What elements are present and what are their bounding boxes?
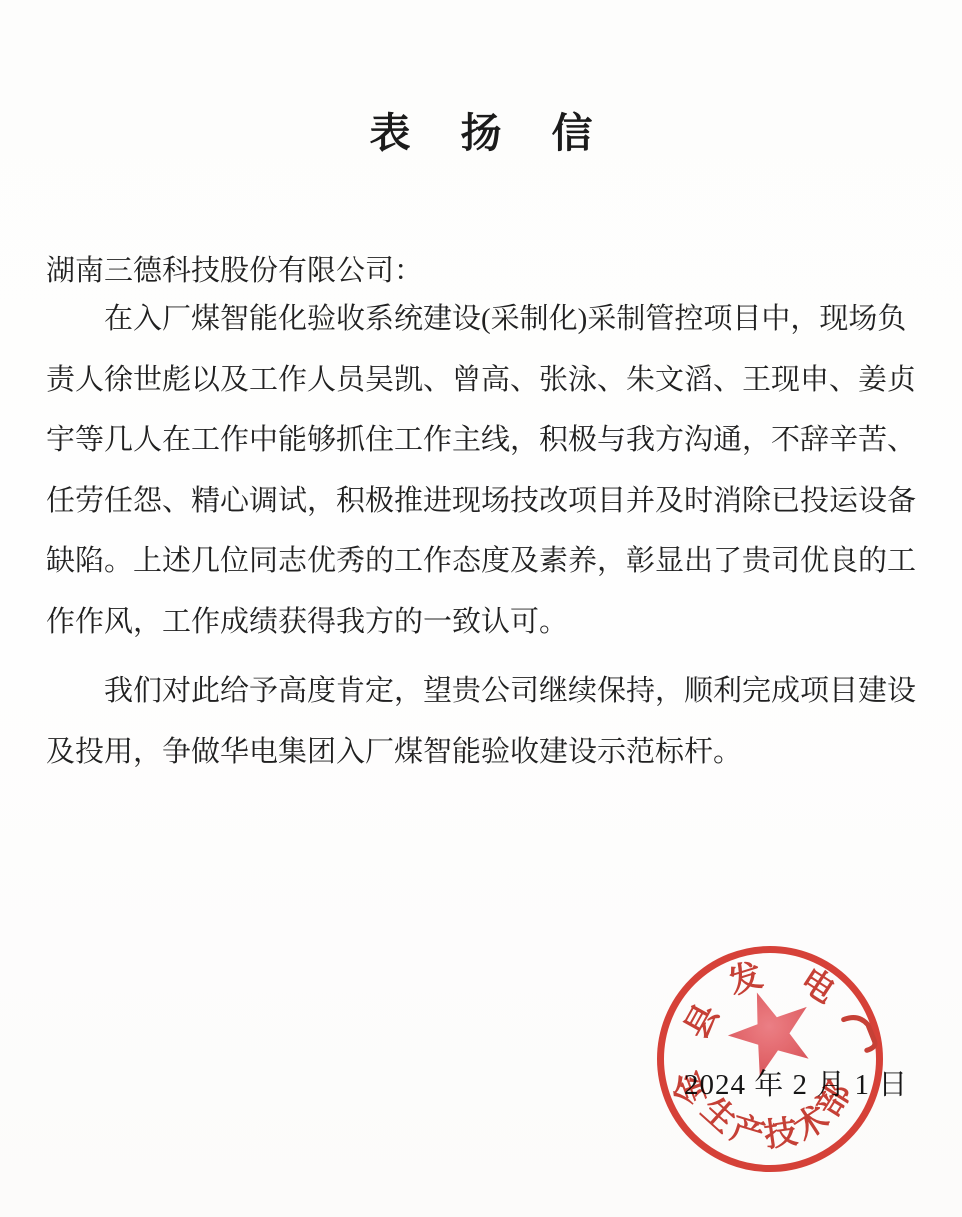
star-icon — [726, 988, 818, 1080]
page-title: 表扬信 — [0, 100, 962, 159]
paragraph-1: 在入厂煤智能化验收系统建设(采制化)采制管控项目中，现场负责人徐世彪以及工作人员… — [46, 289, 922, 652]
salutation: 湖南三德科技股份有限公司： — [46, 248, 423, 289]
paragraph-line: 在入厂煤智能化验收系统建设(采制化)采制管控项目中，现场负 — [46, 289, 922, 350]
paragraph-line: 作作风，工作成绩获得我方的一致认可。 — [46, 592, 922, 653]
paragraph-line: 我们对此给予高度肯定，望贵公司继续保持，顺利完成项目建设 — [46, 661, 922, 722]
paragraph-2: 我们对此给予高度肯定，望贵公司继续保持，顺利完成项目建设及投用，争做华电集团入厂… — [46, 661, 922, 782]
paragraph-line: 及投用，争做华电集团入厂煤智能验收建设示范标杆。 — [46, 722, 922, 783]
paragraph-line: 任劳任怨、精心调试，积极推进现场技改项目并及时消除已投运设备 — [46, 471, 922, 532]
paragraph-line: 宇等几人在工作中能够抓住工作主线，积极与我方沟通，不辞辛苦、 — [46, 410, 922, 471]
paragraph-line: 责人徐世彪以及工作人员吴凯、曾高、张泳、朱文滔、王现申、姜贞 — [46, 350, 922, 411]
letter-body: 在入厂煤智能化验收系统建设(采制化)采制管控项目中，现场负责人徐世彪以及工作人员… — [46, 289, 922, 782]
letter-page: 表扬信 湖南三德科技股份有限公司： 在入厂煤智能化验收系统建设(采制化)采制管控… — [0, 0, 962, 1217]
paragraph-line: 缺陷。上述几位同志优秀的工作态度及素养，彰显出了贵司优良的工 — [46, 531, 922, 592]
official-stamp: 金县发电生产技术部 — [657, 946, 883, 1172]
